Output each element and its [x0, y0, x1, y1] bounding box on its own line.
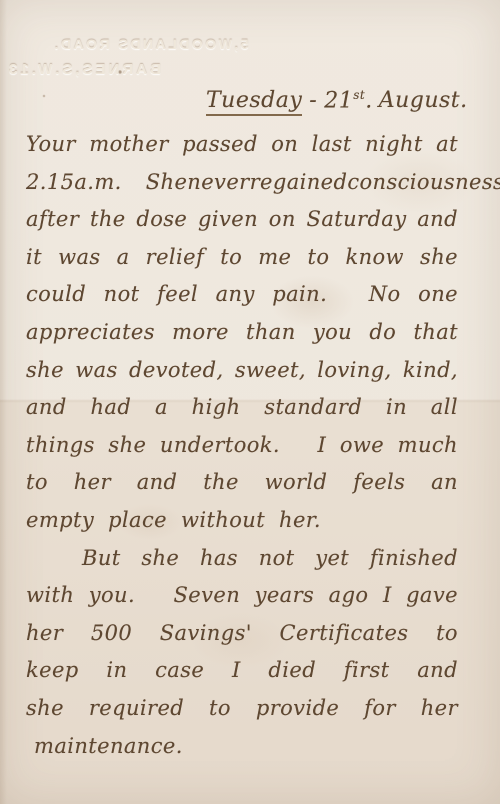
letter-line: maintenance. [26, 734, 458, 772]
word: gave [406, 583, 458, 607]
date-number: 21 [324, 88, 353, 113]
word: in [386, 395, 407, 419]
word: night [365, 132, 423, 156]
word: to [220, 245, 242, 269]
word: feels [353, 470, 405, 494]
word: in [106, 658, 127, 682]
word: to [209, 696, 231, 720]
word: and [137, 470, 178, 494]
word: dose [136, 207, 187, 231]
word: consciousness [347, 170, 500, 194]
word: I [232, 658, 241, 682]
letter-line: Butshehasnotyetfinished [26, 546, 458, 584]
word: world [265, 470, 328, 494]
letter-line: Yourmotherpassedonlastnightat [26, 132, 458, 170]
word: on [271, 132, 298, 156]
word: empty [26, 508, 94, 532]
word: has [200, 546, 238, 570]
word: pain. [272, 282, 327, 306]
word: yet [315, 546, 349, 570]
letter-line: shewasdevoted,sweet,loving,kind, [26, 358, 458, 396]
word: Seven [173, 583, 240, 607]
word: her [26, 621, 63, 645]
word: had [90, 395, 131, 419]
word: given [198, 207, 258, 231]
word: first [344, 658, 390, 682]
letter-line: toherandtheworldfeelsan [26, 470, 458, 508]
letter-body: Yourmotherpassedonlastnightat2.15a.m.She… [26, 132, 458, 771]
word: No [369, 282, 401, 306]
word: she [108, 433, 146, 457]
word: loving, [317, 358, 391, 382]
word: much [398, 433, 458, 457]
word: not [104, 282, 140, 306]
word: 2.15 [26, 170, 74, 194]
letter-page: 5,WOODLANDS ROAD. BARNES,S.W.13 Tuesday-… [0, 0, 500, 804]
word: place [108, 508, 167, 532]
letter-line: emptyplacewithouther. [26, 508, 458, 546]
word: an [431, 470, 458, 494]
word: Your [26, 132, 76, 156]
word: Saturday [307, 207, 407, 231]
letter-line: afterthedosegivenonSaturdayand [26, 207, 458, 245]
word: and [26, 395, 67, 419]
word: she [26, 358, 64, 382]
word: the [203, 470, 239, 494]
word: a [117, 245, 130, 269]
word: to [307, 245, 329, 269]
date-ordinal-period: . [365, 88, 373, 113]
letter-line: 2.15a.m.Sheneverregainedconsciousness [26, 170, 458, 208]
word: that [413, 320, 458, 344]
word: she [141, 546, 179, 570]
word: all [431, 395, 458, 419]
word: her. [279, 508, 321, 532]
word: ago [329, 583, 369, 607]
date-ordinal: st [353, 88, 365, 102]
word: provide [256, 696, 339, 720]
word: at [436, 132, 458, 156]
letter-line: appreciatesmorethanyoudothat [26, 320, 458, 358]
letter-line: andhadahighstandardinall [26, 395, 458, 433]
word: to [26, 470, 48, 494]
word: her [74, 470, 111, 494]
word: me [258, 245, 291, 269]
word: died [268, 658, 316, 682]
word: the [90, 207, 126, 231]
word: on [269, 207, 296, 231]
word: without [181, 508, 265, 532]
word: I [383, 583, 392, 607]
word: high [192, 395, 241, 419]
word: a.m. [74, 170, 121, 194]
word: she [26, 696, 64, 720]
letter-line: withyou.SevenyearsagoIgave [26, 583, 458, 621]
word: Savings' [160, 621, 252, 645]
date-month: August. [379, 88, 468, 113]
word: feel [157, 282, 198, 306]
word: than [246, 320, 296, 344]
letter-line: sherequiredtoprovideforher [26, 696, 458, 734]
word: to [436, 621, 458, 645]
date-day: Tuesday [206, 88, 302, 116]
word: know [345, 245, 403, 269]
word: more [172, 320, 229, 344]
word: regained [250, 170, 348, 194]
word: a [155, 395, 168, 419]
word: mother [89, 132, 168, 156]
letter-line: thingssheundertook.Iowemuch [26, 433, 458, 471]
letter-line: keepincaseIdiedfirstand [26, 658, 458, 696]
word: She [146, 170, 188, 194]
word: one [418, 282, 458, 306]
word: you. [89, 583, 135, 607]
word: 500 [91, 621, 132, 645]
word: and [417, 207, 458, 231]
word: things [26, 433, 95, 457]
word: devoted, [129, 358, 224, 382]
word: I [318, 433, 327, 457]
word: not [259, 546, 295, 570]
word: kind, [403, 358, 458, 382]
letterhead-address-line1: 5,WOODLANDS ROAD. [52, 36, 249, 52]
word: case [155, 658, 204, 682]
word: years [255, 583, 315, 607]
word: with [26, 583, 74, 607]
word: finished [370, 546, 458, 570]
letter-line: couldnotfeelanypain.Noone [26, 282, 458, 320]
word: Certificates [280, 621, 409, 645]
word: appreciates [26, 320, 155, 344]
word: you [313, 320, 352, 344]
word: after [26, 207, 79, 231]
letterhead-address-line2: BARNES,S.W.13 [6, 61, 161, 78]
word: for [364, 696, 396, 720]
word: relief [146, 245, 205, 269]
date-line: Tuesday-21st.August. [206, 88, 468, 113]
word: she [420, 245, 458, 269]
word: was [58, 245, 100, 269]
word: any [216, 282, 255, 306]
word: owe [340, 433, 384, 457]
word: standard [264, 395, 362, 419]
letter-line: her500Savings'Certificatesto [26, 621, 458, 659]
word: maintenance. [34, 734, 183, 758]
word: sweet, [235, 358, 306, 382]
word: required [89, 696, 184, 720]
word: But [82, 546, 121, 570]
word: was [75, 358, 117, 382]
word: and [417, 658, 458, 682]
word: never [187, 170, 249, 194]
word: do [369, 320, 396, 344]
word: keep [26, 658, 79, 682]
word: passed [182, 132, 258, 156]
word: it [26, 245, 42, 269]
word: last [312, 132, 352, 156]
date-dash: - [309, 88, 317, 113]
word: undertook. [160, 433, 280, 457]
word: could [26, 282, 86, 306]
letter-line: itwasarelieftometoknowshe [26, 245, 458, 283]
word: her [421, 696, 458, 720]
